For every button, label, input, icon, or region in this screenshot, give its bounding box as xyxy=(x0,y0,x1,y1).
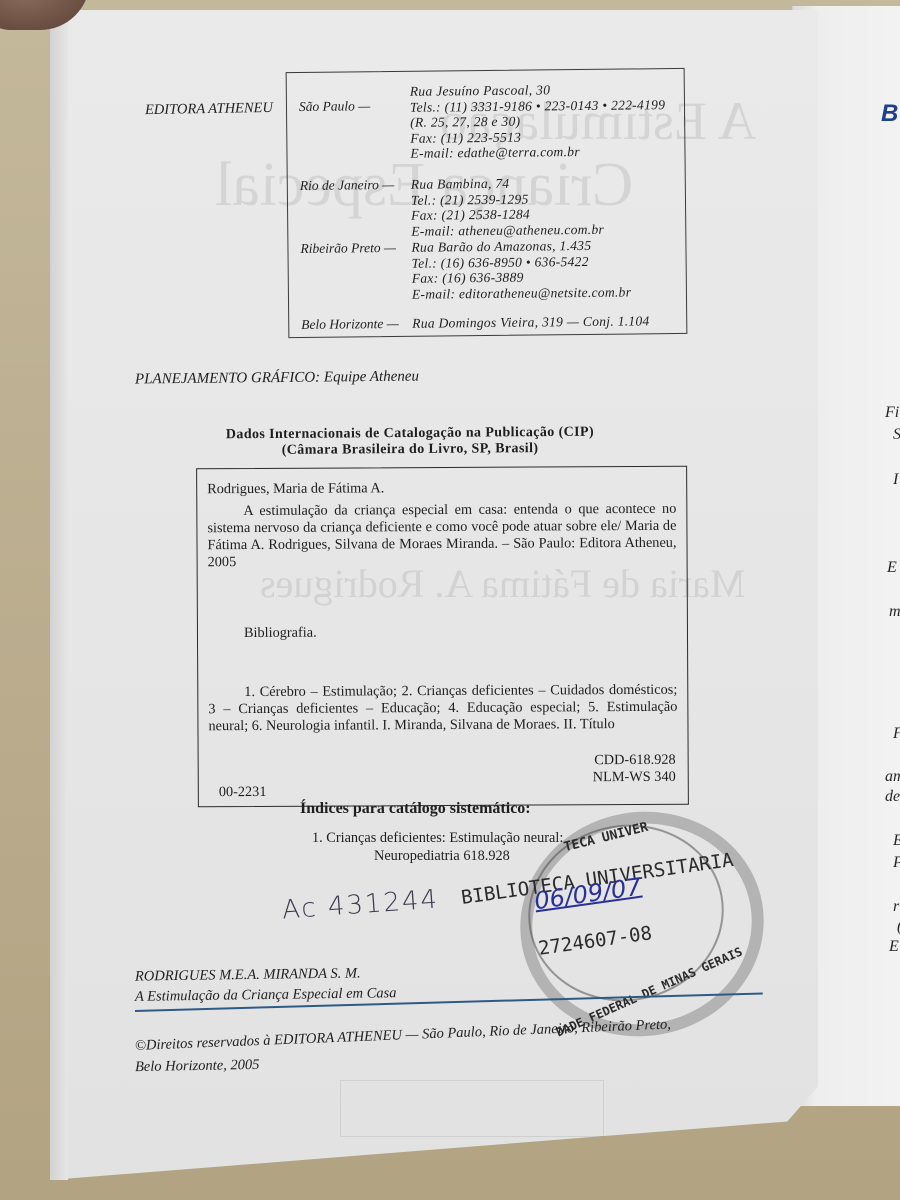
facing-page-fragment: E xyxy=(893,832,900,850)
cip-classification: CDD-618.928 NLM-WS 340 xyxy=(593,752,676,786)
cip-cdd: CDD-618.928 xyxy=(593,752,676,769)
systematic-index-entry-cont: Neuropediatria 618.928 xyxy=(374,848,510,865)
copyright-line2: Belo Horizonte, 2005 xyxy=(135,1057,260,1076)
office-address-belo-horizonte: Rua Domingos Vieira, 319 — Conj. 1.104 xyxy=(412,313,649,331)
publisher-address-box: São Paulo — Rua Jesuíno Pascoal, 30 Tels… xyxy=(286,68,688,338)
office-city-ribeirao-preto: Ribeirão Preto — xyxy=(300,240,396,257)
footer-book-title: A Estimulação da Criança Especial em Cas… xyxy=(135,985,397,1006)
facing-page-fragment: I xyxy=(893,471,898,489)
office-city-belo-horizonte: Belo Horizonte — xyxy=(301,316,399,333)
facing-page-fragment: S xyxy=(893,426,900,444)
email-line: E-mail: atheneu@atheneu.com.br xyxy=(411,222,604,240)
publisher-name: EDITORA ATHENEU xyxy=(145,100,273,119)
facing-page-fragment: E xyxy=(887,559,897,577)
office-city-rio: Rio de Janeiro — xyxy=(300,177,395,194)
facing-page-fragment: r xyxy=(893,898,899,916)
facing-page-fragment: m xyxy=(889,603,900,621)
cip-nlm: NLM-WS 340 xyxy=(593,769,676,786)
facing-page-fragment: am xyxy=(885,768,900,786)
cip-control-number: 00-2231 xyxy=(219,784,267,801)
facing-page-fragment: Fi xyxy=(885,404,899,422)
facing-page-fragment: E xyxy=(889,938,899,956)
graphic-planning-credit: PLANEJAMENTO GRÁFICO: Equipe Atheneu xyxy=(135,369,419,389)
facing-page-fragment: de xyxy=(885,788,900,806)
phone-line: Tels.: (11) 3331-9186 • 223-0143 • 222-4… xyxy=(410,97,665,115)
facing-page-fragment: P xyxy=(893,854,900,872)
office-address-sao-paulo: Rua Jesuíno Pascoal, 30 Tels.: (11) 3331… xyxy=(410,81,666,162)
cip-author: Rodrigues, Maria de Fátima A. xyxy=(207,480,384,498)
page-gutter-shadow xyxy=(50,10,68,1180)
office-city-sao-paulo: São Paulo — xyxy=(299,98,370,115)
email-line: E-mail: editoratheneu@netsite.com.br xyxy=(412,284,631,302)
cip-description: A estimulação da criança especial em cas… xyxy=(207,501,676,571)
cip-header: Dados Internacionais de Catalogação na P… xyxy=(130,424,690,460)
office-address-rio: Rua Bambina, 74 Tel.: (21) 2539-1295 Fax… xyxy=(411,175,604,239)
cip-subjects: 1. Cérebro – Estimulação; 2. Crianças de… xyxy=(208,682,677,735)
cip-bibliography: Bibliografia. xyxy=(244,625,317,642)
footer-authors: RODRIGUES M.E.A. MIRANDA S. M. xyxy=(135,965,361,985)
office-address-ribeirao-preto: Rua Barão do Amazonas, 1.435 Tel.: (16) … xyxy=(411,237,631,302)
address-line: Rua Domingos Vieira, 319 — Conj. 1.104 xyxy=(412,313,649,331)
facing-page-fragment: F xyxy=(893,725,900,743)
cip-catalog-card: Rodrigues, Maria de Fátima A. A estimula… xyxy=(196,466,689,808)
systematic-index-title: Índices para catálogo sistemático: xyxy=(300,800,531,818)
systematic-index-entry: 1. Crianças deficientes: Estimulação neu… xyxy=(312,830,563,847)
facing-page-heading: B xyxy=(881,100,898,128)
email-line: E-mail: edathe@terra.com.br xyxy=(410,143,665,161)
bleed-through-box xyxy=(340,1080,604,1137)
